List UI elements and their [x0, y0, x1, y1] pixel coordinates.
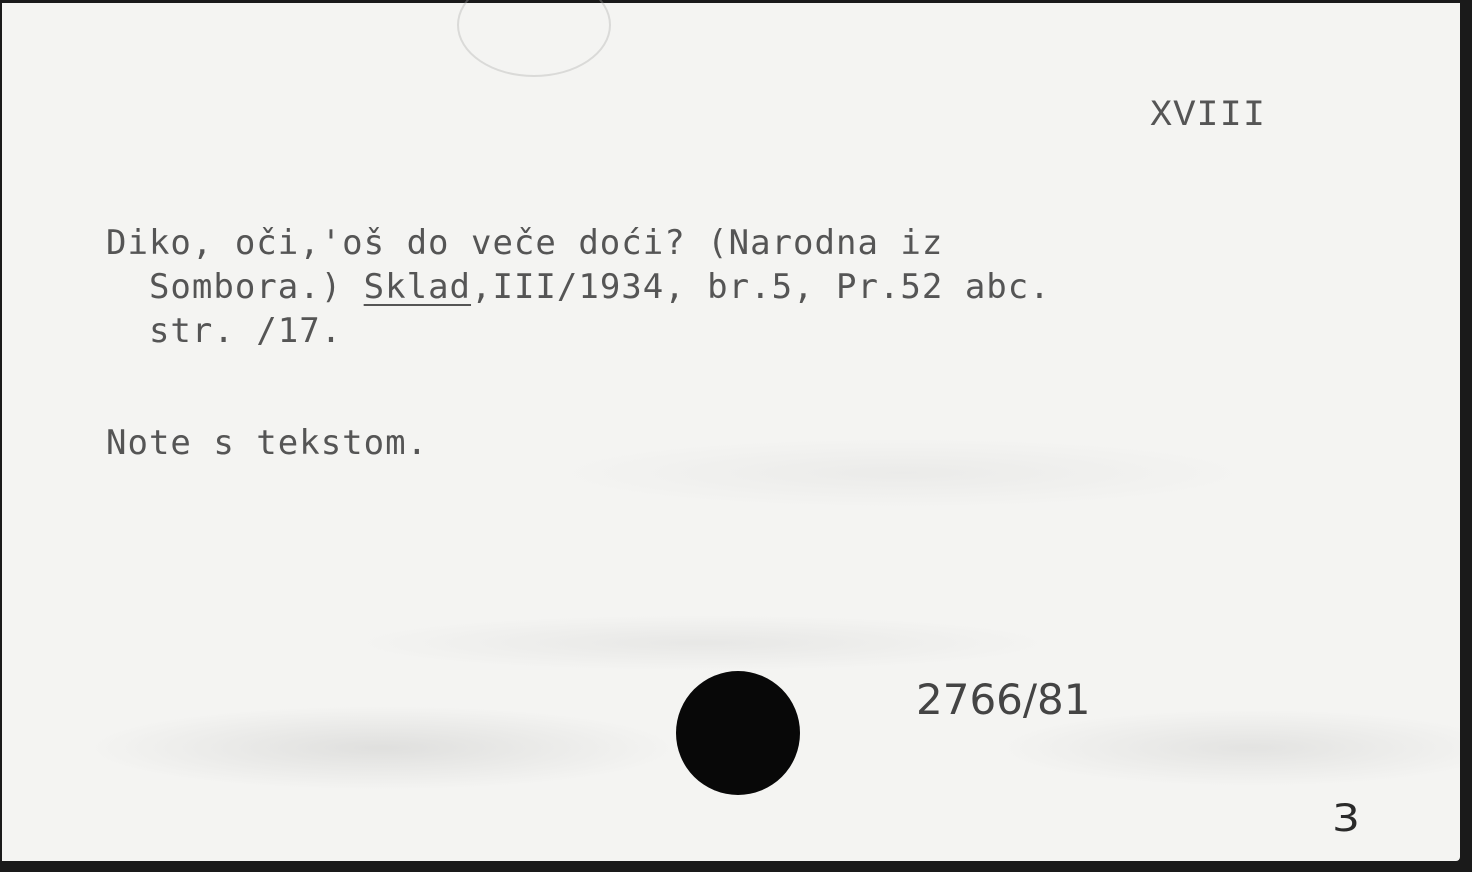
bibliographic-entry: Diko, oči,'oš do veče doći? (Narodna iz … [106, 221, 1051, 353]
entry-line-3: str. /17. [149, 311, 342, 351]
entry-line-2-post: ,III/1934, br.5, Pr.52 abc. [471, 267, 1051, 307]
handwritten-page-mark: 3 [1332, 797, 1360, 840]
section-number: XVIII [1150, 95, 1266, 137]
catalog-card: XVIII Diko, oči,'oš do veče doći? (Narod… [2, 3, 1460, 861]
note-text: Note s tekstom. [106, 423, 428, 463]
punch-hole [676, 671, 800, 795]
stain-mark [457, 0, 611, 77]
catalog-number: 2766/81 [916, 675, 1090, 724]
entry-line-2-pre: Sombora.) [149, 267, 364, 307]
entry-line-1: Diko, oči,'oš do veče doći? (Narodna iz [106, 223, 943, 263]
source-title: Sklad [364, 267, 471, 307]
